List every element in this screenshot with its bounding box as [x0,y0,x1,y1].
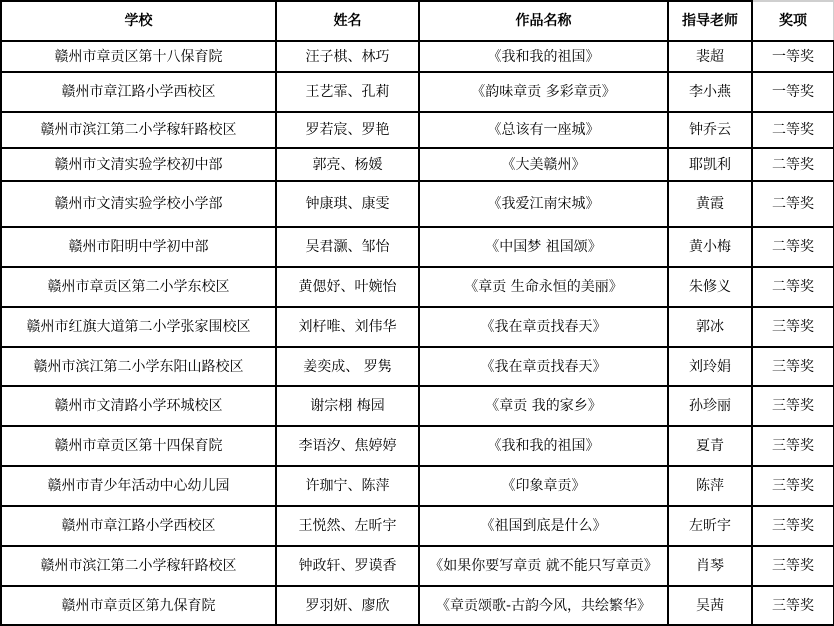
cell-work: 《中国梦 祖国颂》 [419,227,668,267]
cell-school: 赣州市青少年活动中心幼儿园 [1,466,276,506]
cell-award: 三等奖 [752,546,834,586]
cell-award: 二等奖 [752,112,834,148]
cell-school: 赣州市章江路小学西校区 [1,506,276,546]
table-row: 赣州市文清实验学校小学部钟康琪、康雯《我爱江南宋城》黄霞二等奖 [1,181,834,227]
table-row: 赣州市章贡区第二小学东校区黄偲妤、叶婉怡《章贡 生命永恒的美丽》朱修义二等奖 [1,267,834,307]
cell-school: 赣州市滨江第二小学东阳山路校区 [1,347,276,386]
cell-school: 赣州市滨江第二小学稼轩路校区 [1,112,276,148]
cell-names: 钟政轩、罗谟香 [276,546,419,586]
cell-names: 黄偲妤、叶婉怡 [276,267,419,307]
cell-names: 谢宗栩 梅园 [276,386,419,426]
cell-work: 《我爱江南宋城》 [419,181,668,227]
cell-teacher: 朱修义 [668,267,752,307]
cell-names: 吴君灏、邹怡 [276,227,419,267]
table-row: 赣州市滨江第二小学稼轩路校区钟政轩、罗谟香《如果你要写章贡 就不能只写章贡》肖琴… [1,546,834,586]
cell-names: 王艺霏、孔莉 [276,72,419,112]
cell-teacher: 黄小梅 [668,227,752,267]
cell-names: 钟康琪、康雯 [276,181,419,227]
cell-teacher: 肖琴 [668,546,752,586]
cell-school: 赣州市章贡区第十八保育院 [1,41,276,72]
cell-work: 《大美赣州》 [419,148,668,181]
cell-teacher: 吴茜 [668,586,752,625]
cell-teacher: 左昕宇 [668,506,752,546]
header-teacher: 指导老师 [668,1,752,41]
cell-school: 赣州市文清实验学校小学部 [1,181,276,227]
table-row: 赣州市阳明中学初中部吴君灏、邹怡《中国梦 祖国颂》黄小梅二等奖 [1,227,834,267]
cell-school: 赣州市滨江第二小学稼轩路校区 [1,546,276,586]
cell-teacher: 李小燕 [668,72,752,112]
header-school: 学校 [1,1,276,41]
cell-school: 赣州市阳明中学初中部 [1,227,276,267]
cell-award: 二等奖 [752,181,834,227]
cell-school: 赣州市章江路小学西校区 [1,72,276,112]
cell-work: 《章贡 生命永恒的美丽》 [419,267,668,307]
cell-teacher: 钟乔云 [668,112,752,148]
table-row: 赣州市章贡区第十四保育院李语汐、焦婷婷《我和我的祖国》夏青三等奖 [1,426,834,466]
cell-teacher: 孙珍丽 [668,386,752,426]
cell-names: 郭亮、杨媛 [276,148,419,181]
table-row: 赣州市文清实验学校初中部郭亮、杨媛《大美赣州》耶凯利二等奖 [1,148,834,181]
cell-award: 一等奖 [752,41,834,72]
cell-teacher: 耶凯利 [668,148,752,181]
cell-work: 《祖国到底是什么》 [419,506,668,546]
cell-teacher: 黄霞 [668,181,752,227]
header-row: 学校 姓名 作品名称 指导老师 奖项 [1,1,834,41]
table-row: 赣州市青少年活动中心幼儿园许珈宁、陈萍《印象章贡》陈萍三等奖 [1,466,834,506]
cell-award: 二等奖 [752,227,834,267]
cell-award: 三等奖 [752,347,834,386]
header-work: 作品名称 [419,1,668,41]
cell-work: 《我和我的祖国》 [419,41,668,72]
cell-names: 罗羽妍、廖欣 [276,586,419,625]
table-body: 赣州市章贡区第十八保育院汪子棋、林巧《我和我的祖国》裴超一等奖赣州市章江路小学西… [1,41,834,625]
cell-work: 《章贡颂歌-古韵今风，共绘繁华》 [419,586,668,625]
cell-work: 《韵味章贡 多彩章贡》 [419,72,668,112]
cell-award: 三等奖 [752,466,834,506]
header-award: 奖项 [752,1,834,41]
cell-teacher: 陈萍 [668,466,752,506]
cell-school: 赣州市红旗大道第二小学张家围校区 [1,307,276,347]
cell-names: 罗若宸、罗艳 [276,112,419,148]
cell-teacher: 裴超 [668,41,752,72]
table-row: 赣州市章贡区第十八保育院汪子棋、林巧《我和我的祖国》裴超一等奖 [1,41,834,72]
cell-work: 《章贡 我的家乡》 [419,386,668,426]
table-row: 赣州市滨江第二小学稼轩路校区罗若宸、罗艳《总该有一座城》钟乔云二等奖 [1,112,834,148]
table-row: 赣州市滨江第二小学东阳山路校区姜奕成、 罗隽《我在章贡找春天》刘玲娟三等奖 [1,347,834,386]
cell-award: 二等奖 [752,148,834,181]
cell-work: 《我在章贡找春天》 [419,347,668,386]
cell-teacher: 刘玲娟 [668,347,752,386]
cell-award: 三等奖 [752,586,834,625]
cell-names: 汪子棋、林巧 [276,41,419,72]
header-names: 姓名 [276,1,419,41]
cell-award: 三等奖 [752,307,834,347]
cell-award: 二等奖 [752,267,834,307]
cell-work: 《如果你要写章贡 就不能只写章贡》 [419,546,668,586]
cell-school: 赣州市文清实验学校初中部 [1,148,276,181]
cell-names: 姜奕成、 罗隽 [276,347,419,386]
cell-award: 三等奖 [752,386,834,426]
table-row: 赣州市章贡区第九保育院罗羽妍、廖欣《章贡颂歌-古韵今风，共绘繁华》吴茜三等奖 [1,586,834,625]
cell-teacher: 夏青 [668,426,752,466]
cell-names: 许珈宁、陈萍 [276,466,419,506]
cell-award: 三等奖 [752,506,834,546]
cell-award: 三等奖 [752,426,834,466]
table-row: 赣州市章江路小学西校区王悦然、左昕宇《祖国到底是什么》左昕宇三等奖 [1,506,834,546]
cell-work: 《印象章贡》 [419,466,668,506]
cell-names: 王悦然、左昕宇 [276,506,419,546]
cell-work: 《我和我的祖国》 [419,426,668,466]
awards-table: 学校 姓名 作品名称 指导老师 奖项 赣州市章贡区第十八保育院汪子棋、林巧《我和… [0,0,834,626]
cell-teacher: 郭冰 [668,307,752,347]
table-row: 赣州市文清路小学环城校区谢宗栩 梅园《章贡 我的家乡》孙珍丽三等奖 [1,386,834,426]
cell-school: 赣州市文清路小学环城校区 [1,386,276,426]
table-row: 赣州市章江路小学西校区王艺霏、孔莉《韵味章贡 多彩章贡》李小燕一等奖 [1,72,834,112]
cell-names: 李语汐、焦婷婷 [276,426,419,466]
cell-work: 《总该有一座城》 [419,112,668,148]
table-row: 赣州市红旗大道第二小学张家围校区刘杍唯、刘伟华《我在章贡找春天》郭冰三等奖 [1,307,834,347]
cell-school: 赣州市章贡区第十四保育院 [1,426,276,466]
cell-school: 赣州市章贡区第二小学东校区 [1,267,276,307]
cell-names: 刘杍唯、刘伟华 [276,307,419,347]
cell-school: 赣州市章贡区第九保育院 [1,586,276,625]
cell-work: 《我在章贡找春天》 [419,307,668,347]
cell-award: 一等奖 [752,72,834,112]
